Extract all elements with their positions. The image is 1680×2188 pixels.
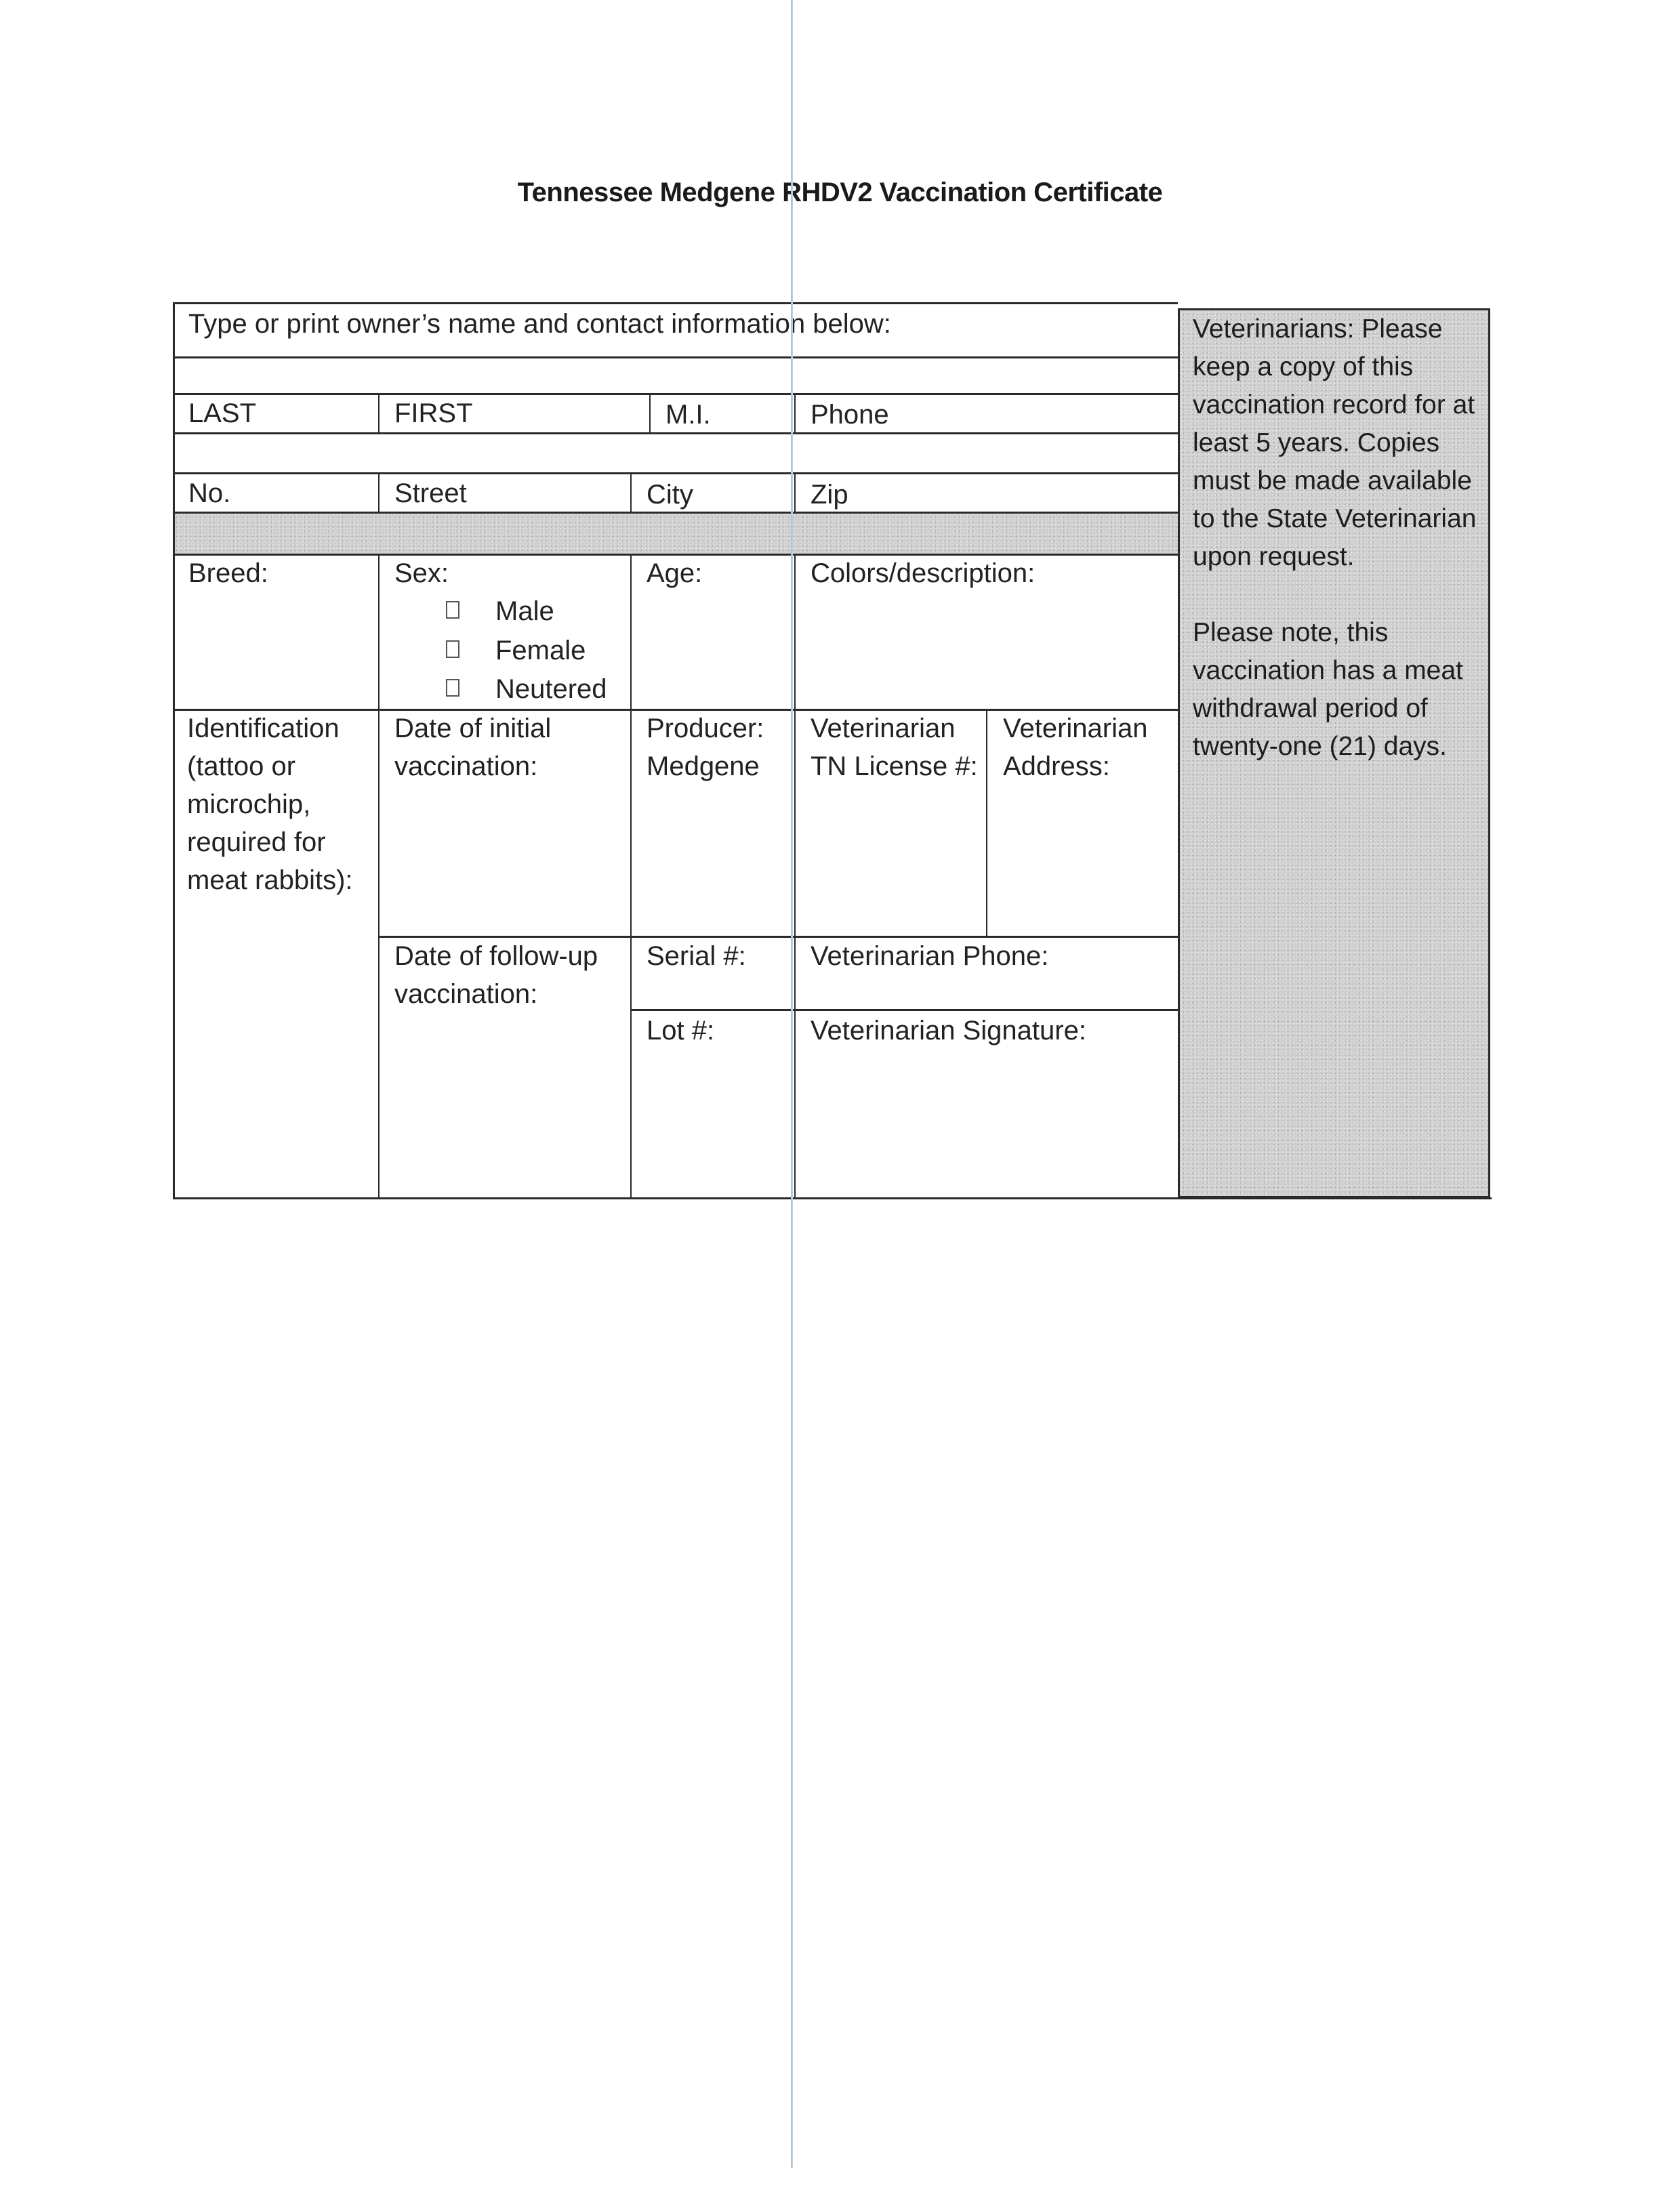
owner-instruction: Type or print owner’s name and contact i… [188, 305, 891, 343]
table-top-border [173, 302, 1178, 304]
document-title: Tennessee Medgene RHDV2 Vaccination Cert… [0, 178, 1680, 208]
field-middle-initial[interactable]: M.I. [665, 396, 711, 434]
col-line [630, 554, 632, 1199]
sex-option-male: Male [495, 592, 554, 630]
field-street[interactable]: Street [394, 474, 467, 512]
col-line [794, 472, 796, 512]
sex-option-neutered: Neutered [495, 670, 607, 708]
scan-artifact-line [791, 0, 793, 2168]
field-sex: Sex: [394, 554, 449, 592]
col-line [794, 393, 796, 432]
col-line [649, 393, 651, 432]
sex-option-female: Female [495, 632, 586, 669]
field-street-number[interactable]: No. [188, 474, 230, 512]
table-left-border [173, 302, 175, 1199]
checkbox-female[interactable] [446, 640, 459, 658]
field-initial-vaccination-date[interactable]: Date of initial vaccination: [394, 709, 611, 785]
field-zip[interactable]: Zip [811, 476, 848, 514]
row-line [173, 393, 1178, 395]
field-lot-number[interactable]: Lot #: [647, 1012, 714, 1050]
field-identification[interactable]: Identification (tattoo or microchip, req… [187, 709, 370, 899]
field-serial-number[interactable]: Serial #: [647, 937, 746, 975]
field-breed[interactable]: Breed: [188, 554, 268, 592]
row-line [173, 472, 1178, 474]
field-last-name[interactable]: LAST [188, 394, 256, 432]
field-city[interactable]: City [647, 476, 693, 514]
field-age[interactable]: Age: [647, 554, 702, 592]
col-line [630, 472, 632, 512]
sidebar-note-retention: Veterinarians: Please keep a copy of thi… [1193, 310, 1484, 576]
sidebar-note-withdrawal: Please note, this vaccination has a meat… [1193, 614, 1484, 766]
sidebar-note-text: Veterinarians: Please keep a copy of thi… [1193, 310, 1484, 804]
field-producer: Producer: Medgene [647, 709, 782, 785]
checkbox-male[interactable] [446, 601, 459, 619]
col-line [378, 472, 380, 512]
field-vet-license[interactable]: Veterinarian TN License #: [811, 709, 980, 785]
field-vet-phone[interactable]: Veterinarian Phone: [811, 937, 1048, 975]
field-vet-signature[interactable]: Veterinarian Signature: [811, 1012, 1086, 1050]
shaded-separator-row [173, 513, 1178, 554]
field-vet-address[interactable]: Veterinarian Address: [1003, 709, 1172, 785]
row-line [630, 1009, 1178, 1011]
field-first-name[interactable]: FIRST [394, 394, 473, 432]
row-line [173, 356, 1178, 358]
field-followup-vaccination-date[interactable]: Date of follow-up vaccination: [394, 937, 628, 1013]
table-bottom-border [173, 1197, 1492, 1199]
col-line [794, 554, 796, 1199]
field-colors-description[interactable]: Colors/description: [811, 554, 1035, 592]
checkbox-neutered[interactable] [446, 679, 459, 697]
col-line [986, 709, 987, 936]
field-phone[interactable]: Phone [811, 396, 889, 434]
col-line [378, 554, 380, 1199]
col-line [378, 393, 380, 432]
